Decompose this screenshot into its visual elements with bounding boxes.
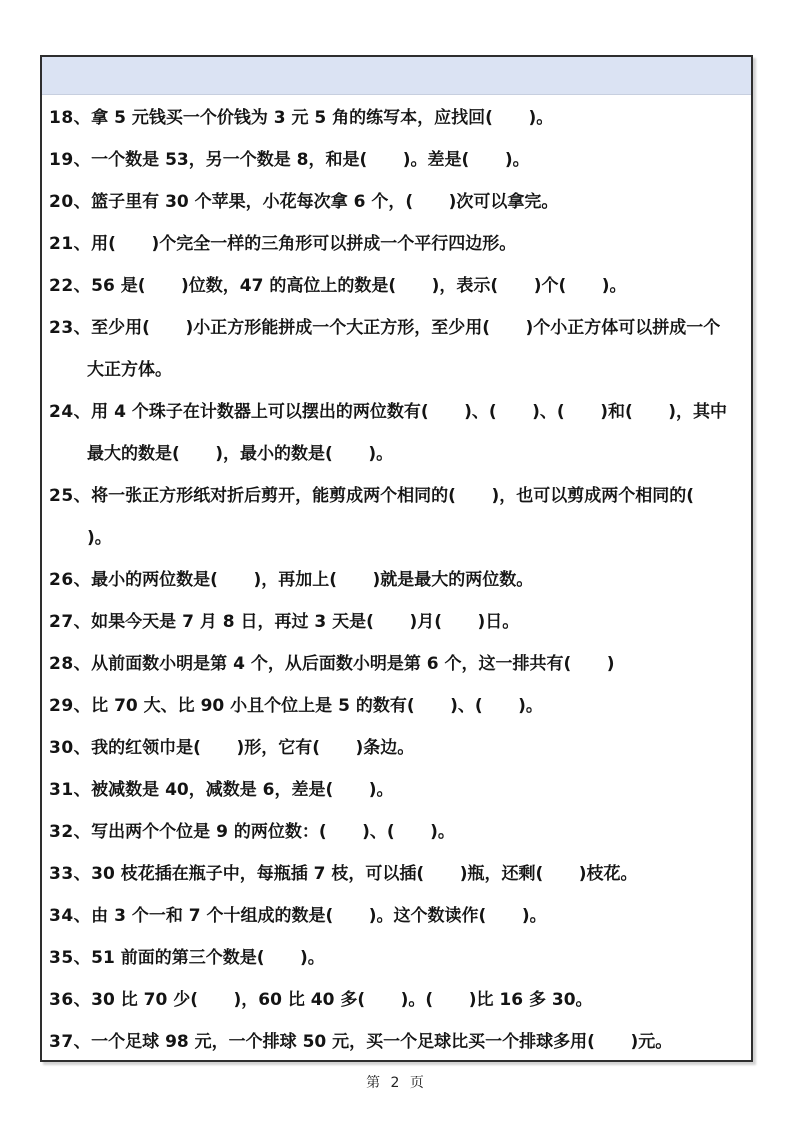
- question-text: 写出两个个位是 9 的两位数：( )、( )。: [91, 822, 455, 842]
- question-number: 24、: [49, 402, 91, 422]
- question-text: 拿 5 元钱买一个价钱为 3 元 5 角的练写本，应找回( )。: [91, 108, 553, 128]
- question-number: 27、: [49, 612, 91, 632]
- question-item: 21、用( )个完全一样的三角形可以拼成一个平行四边形。: [49, 223, 737, 265]
- question-item: 33、30 枝花插在瓶子中，每瓶插 7 枝，可以插( )瓶，还剩( )枝花。: [49, 853, 737, 895]
- question-text: 最小的两位数是( )，再加上( )就是最大的两位数。: [91, 570, 533, 590]
- question-text: 用 4 个珠子在计数器上可以摆出的两位数有( )、( )、( )和( )，其中最…: [87, 402, 727, 464]
- question-number: 25、: [49, 486, 91, 506]
- question-number: 36、: [49, 990, 91, 1010]
- question-item: 23、至少用( )小正方形能拼成一个大正方形，至少用( )个小正方体可以拼成一个…: [49, 307, 737, 391]
- question-item: 24、用 4 个珠子在计数器上可以摆出的两位数有( )、( )、( )和( )，…: [49, 391, 737, 475]
- question-number: 29、: [49, 696, 91, 716]
- questions-list: 18、拿 5 元钱买一个价钱为 3 元 5 角的练写本，应找回( )。 19、一…: [42, 95, 751, 1062]
- question-item: 20、篮子里有 30 个苹果，小花每次拿 6 个，( )次可以拿完。: [49, 181, 737, 223]
- question-number: 34、: [49, 906, 91, 926]
- question-item: 29、比 70 大、比 90 小且个位上是 5 的数有( )、( )。: [49, 685, 737, 727]
- question-number: 37、: [49, 1032, 91, 1052]
- question-number: 26、: [49, 570, 91, 590]
- question-number: 19、: [49, 150, 91, 170]
- question-number: 31、: [49, 780, 91, 800]
- question-text: 篮子里有 30 个苹果，小花每次拿 6 个，( )次可以拿完。: [91, 192, 558, 212]
- question-text: 至少用( )小正方形能拼成一个大正方形，至少用( )个小正方体可以拼成一个大正方…: [87, 318, 720, 380]
- page-footer: 第 2 页: [0, 1072, 793, 1092]
- question-number: 35、: [49, 948, 91, 968]
- question-number: 23、: [49, 318, 91, 338]
- question-text: 30 枝花插在瓶子中，每瓶插 7 枝，可以插( )瓶，还剩( )枝花。: [91, 864, 637, 884]
- question-text: 被减数是 40，减数是 6，差是( )。: [91, 780, 393, 800]
- question-number: 33、: [49, 864, 91, 884]
- question-item: 36、30 比 70 少( )，60 比 40 多( )。( )比 16 多 3…: [49, 979, 737, 1021]
- question-text: 一个足球 98 元，一个排球 50 元，买一个足球比买一个排球多用( )元。: [91, 1032, 672, 1052]
- question-item: 22、56 是( )位数，47 的高位上的数是( )，表示( )个( )。: [49, 265, 737, 307]
- question-item: 32、写出两个个位是 9 的两位数：( )、( )。: [49, 811, 737, 853]
- question-text: 用( )个完全一样的三角形可以拼成一个平行四边形。: [91, 234, 516, 254]
- question-item: 34、由 3 个一和 7 个十组成的数是( )。这个数读作( )。: [49, 895, 737, 937]
- question-text: 将一张正方形纸对折后剪开，能剪成两个相同的( )，也可以剪成两个相同的( )。: [87, 486, 730, 548]
- question-number: 30、: [49, 738, 91, 758]
- question-number: 32、: [49, 822, 91, 842]
- question-number: 18、: [49, 108, 91, 128]
- question-number: 20、: [49, 192, 91, 212]
- question-item: 25、将一张正方形纸对折后剪开，能剪成两个相同的( )，也可以剪成两个相同的( …: [49, 475, 737, 559]
- question-text: 从前面数小明是第 4 个，从后面数小明是第 6 个，这一排共有( ): [91, 654, 614, 674]
- question-item: 35、51 前面的第三个数是( )。: [49, 937, 737, 979]
- question-number: 28、: [49, 654, 91, 674]
- question-text: 30 比 70 少( )，60 比 40 多( )。( )比 16 多 30。: [91, 990, 592, 1010]
- question-text: 一个数是 53，另一个数是 8，和是( )。差是( )。: [91, 150, 529, 170]
- question-item: 27、如果今天是 7 月 8 日，再过 3 天是( )月( )日。: [49, 601, 737, 643]
- question-item: 18、拿 5 元钱买一个价钱为 3 元 5 角的练写本，应找回( )。: [49, 97, 737, 139]
- header-band: [42, 57, 751, 95]
- question-item: 26、最小的两位数是( )，再加上( )就是最大的两位数。: [49, 559, 737, 601]
- question-item: 31、被减数是 40，减数是 6，差是( )。: [49, 769, 737, 811]
- question-item: 30、我的红领巾是( )形，它有( )条边。: [49, 727, 737, 769]
- question-text: 比 70 大、比 90 小且个位上是 5 的数有( )、( )。: [91, 696, 543, 716]
- question-item: 19、一个数是 53，另一个数是 8，和是( )。差是( )。: [49, 139, 737, 181]
- question-text: 如果今天是 7 月 8 日，再过 3 天是( )月( )日。: [91, 612, 519, 632]
- question-number: 21、: [49, 234, 91, 254]
- question-number: 22、: [49, 276, 91, 296]
- worksheet-page-box: 18、拿 5 元钱买一个价钱为 3 元 5 角的练写本，应找回( )。 19、一…: [40, 55, 753, 1062]
- question-text: 56 是( )位数，47 的高位上的数是( )，表示( )个( )。: [91, 276, 626, 296]
- question-text: 由 3 个一和 7 个十组成的数是( )。这个数读作( )。: [91, 906, 546, 926]
- question-item: 28、从前面数小明是第 4 个，从后面数小明是第 6 个，这一排共有( ): [49, 643, 737, 685]
- question-text: 51 前面的第三个数是( )。: [91, 948, 325, 968]
- question-item: 37、一个足球 98 元，一个排球 50 元，买一个足球比买一个排球多用( )元…: [49, 1021, 737, 1062]
- question-text: 我的红领巾是( )形，它有( )条边。: [91, 738, 414, 758]
